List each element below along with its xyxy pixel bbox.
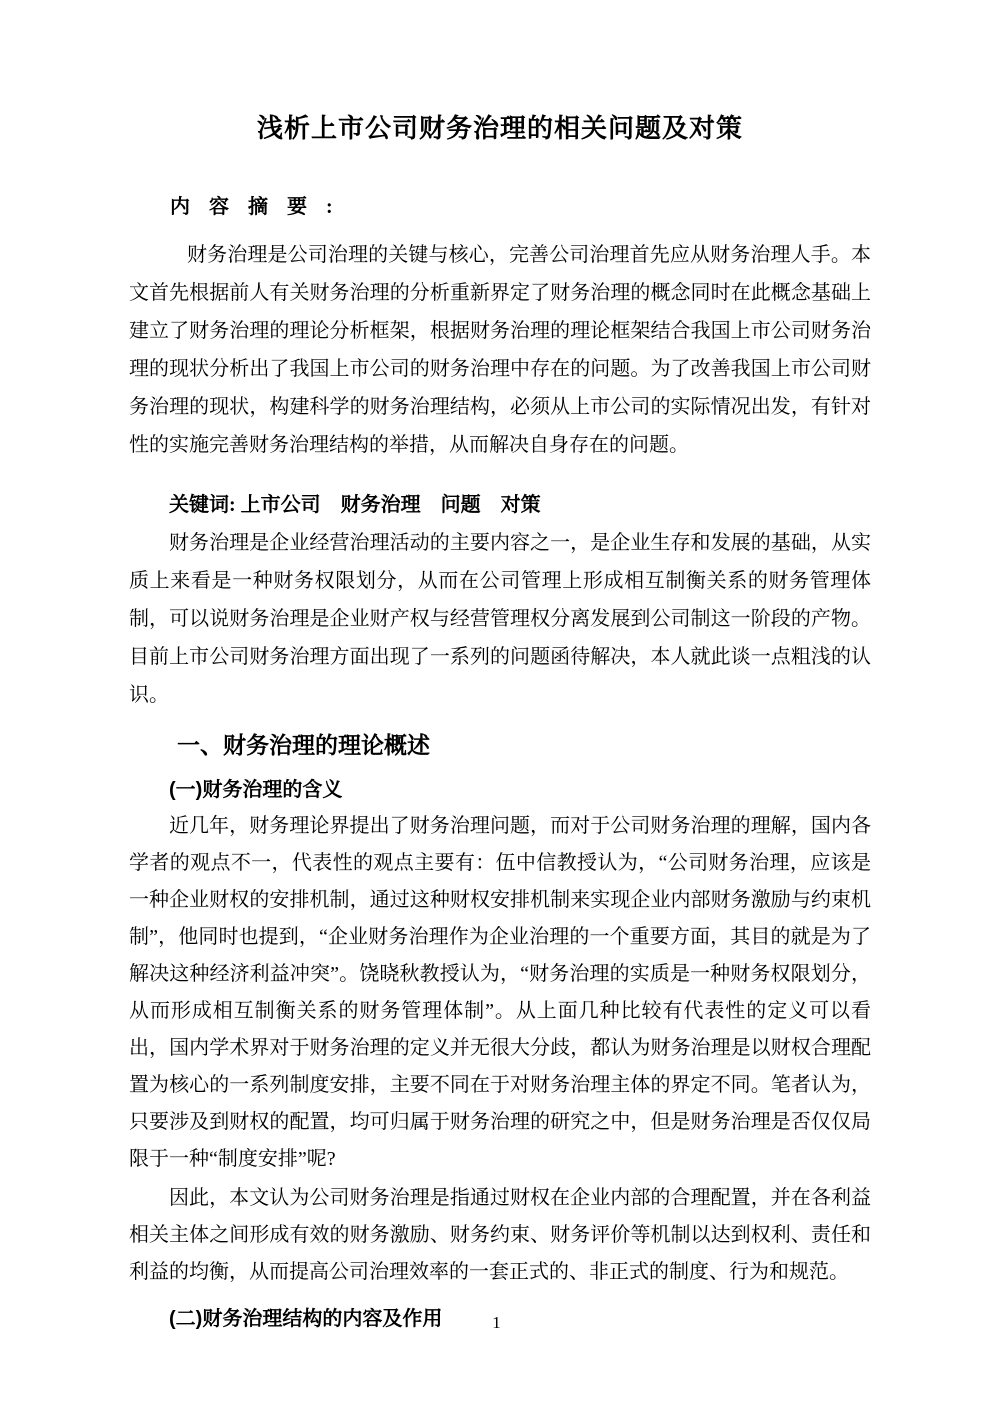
abstract-label: 内 容 摘 要 : — [170, 192, 871, 222]
body-paragraph-2: 因此，本文认为公司财务治理是指通过财权在企业内部的合理配置，并在各利益相关主体之… — [129, 1180, 871, 1291]
subsection-heading-1-1: (一)财务治理的含义 — [129, 774, 871, 806]
document-page: 浅析上市公司财务治理的相关问题及对策 内 容 摘 要 : 财务治理是公司治理的关… — [0, 0, 993, 1404]
section-heading-1: 一、财务治理的理论概述 — [177, 728, 871, 762]
intro-paragraph: 财务治理是企业经营治理活动的主要内容之一，是企业生存和发展的基础，从实质上来看是… — [129, 524, 871, 714]
body-paragraph-1: 近几年，财务理论界提出了财务治理问题，而对于公司财务治理的理解，国内各学者的观点… — [129, 808, 871, 1178]
page-number: 1 — [0, 1312, 993, 1334]
document-title: 浅析上市公司财务治理的相关问题及对策 — [129, 0, 871, 150]
document-content: 浅析上市公司财务治理的相关问题及对策 内 容 摘 要 : 财务治理是公司治理的关… — [129, 0, 871, 1335]
abstract-paragraph: 财务治理是公司治理的关键与核心，完善公司治理首先应从财务治理人手。本文首先根据前… — [129, 236, 871, 464]
keywords-line: 关键词: 上市公司 财务治理 问题 对策 — [129, 486, 871, 524]
